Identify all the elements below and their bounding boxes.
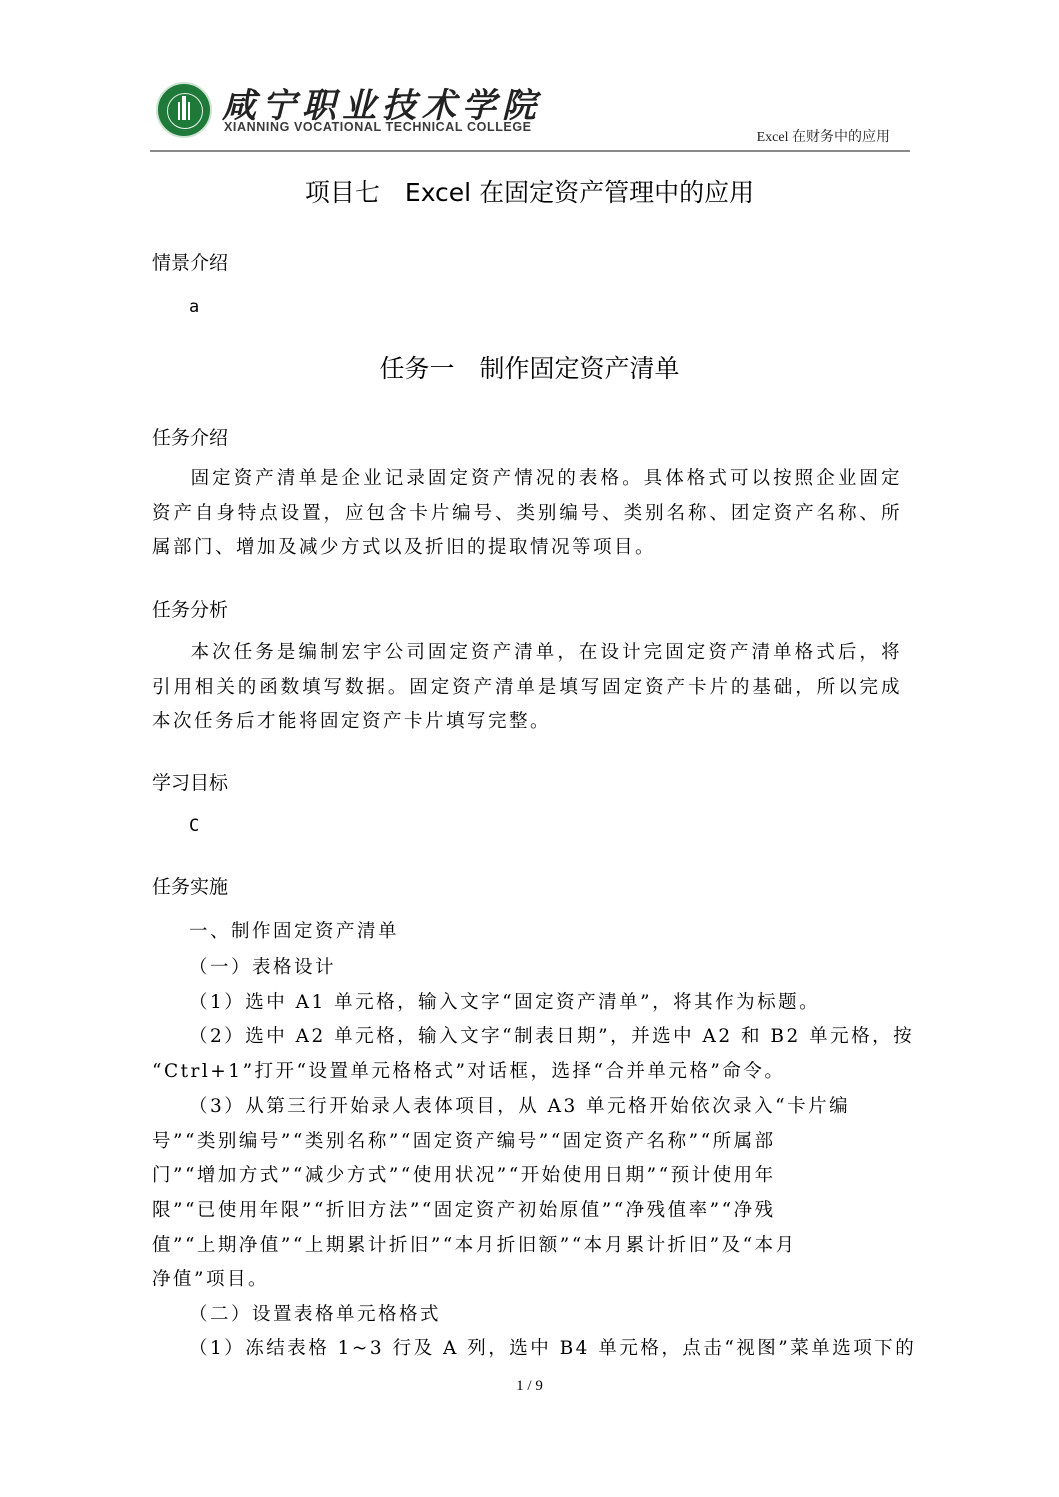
college-name-en: XIANNING VOCATIONAL TECHNICAL COLLEGE <box>224 120 532 134</box>
implementation-heading: 任务实施 <box>152 872 228 899</box>
learning-goals-body: C <box>189 816 199 836</box>
scenario-body: a <box>189 297 199 317</box>
learning-goals-heading: 学习目标 <box>152 768 228 795</box>
task-analysis-heading: 任务分析 <box>152 595 228 622</box>
step-3-line3: 门”“增加方式”“减少方式”“使用状况”“开始使用日期”“预计使用年 <box>152 1161 776 1187</box>
scenario-heading: 情景介绍 <box>152 248 228 275</box>
task-analysis-body: 本次任务是编制宏宇公司固定资产清单，在设计完固定资产清单格式后，将引用相关的函数… <box>152 636 902 740</box>
step-3-line6: 净值”项目。 <box>152 1265 269 1291</box>
task-intro-heading: 任务介绍 <box>152 423 228 450</box>
step-1: （1）选中 A1 单元格，输入文字“固定资产清单”，将其作为标题。 <box>189 988 820 1014</box>
header-divider <box>150 150 910 152</box>
step-part1: 一、制作固定资产清单 <box>189 917 399 943</box>
step-3-line1: （3）从第三行开始录人表体项目，从 A3 单元格开始依次录入“卡片编 <box>189 1092 850 1118</box>
step-3-line4: 限”“已使用年限”“折旧方法”“固定资产初始原值”“净残值率”“净残 <box>152 1196 776 1222</box>
page-number: 1 / 9 <box>0 1378 1059 1395</box>
project-title: 项目七 Excel 在固定资产管理中的应用 <box>0 173 1059 209</box>
task-intro-body: 固定资产清单是企业记录固定资产情况的表格。具体格式可以按照企业固定资产自身特点设… <box>152 462 902 566</box>
task-title: 任务一 制作固定资产清单 <box>0 349 1059 385</box>
step-3-line2: 号”“类别编号”“类别名称”“固定资产编号”“固定资产名称”“所属部 <box>152 1127 776 1153</box>
running-title: Excel 在财务中的应用 <box>757 126 890 146</box>
college-emblem-icon <box>156 82 212 138</box>
step-3-line5: 值”“上期净值”“上期累计折旧”“本月折旧额”“本月累计折旧”及“本月 <box>152 1231 797 1257</box>
step-4: （1）冻结表格 1~3 行及 A 列，选中 B4 单元格，点击“视图”菜单选项下… <box>189 1334 916 1360</box>
step-2-line1: （2）选中 A2 单元格，输入文字“制表日期”，并选中 A2 和 B2 单元格，… <box>189 1022 914 1048</box>
step-2-line2: “Ctrl+1”打开“设置单元格格式”对话框，选择“合并单元格”命令。 <box>152 1057 785 1083</box>
step-sub1: （一）表格设计 <box>189 953 336 979</box>
page-header: 咸宁职业技术学院 XIANNING VOCATIONAL TECHNICAL C… <box>150 78 910 152</box>
step-sub2: （二）设置表格单元格格式 <box>189 1300 441 1326</box>
